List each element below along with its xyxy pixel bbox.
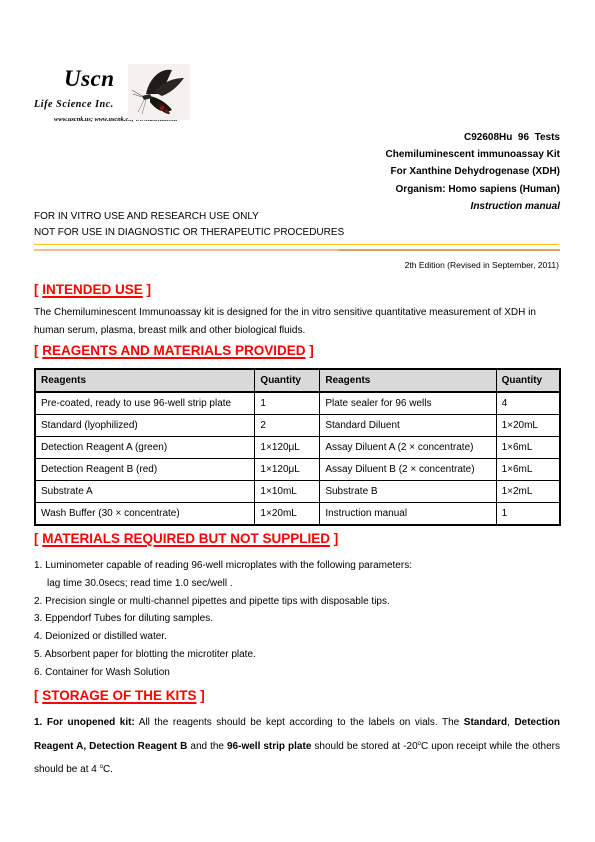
table-cell: 4 — [496, 392, 560, 415]
kit-target: For Xanthine Dehydrogenase (XDH) — [386, 163, 561, 180]
table-cell: 1×6mL — [496, 437, 560, 459]
bracket-open: [ — [34, 531, 42, 546]
kit-header: C92608Hu 96 Tests Chemiluminescent immun… — [386, 129, 561, 215]
storage-paragraph: 1. For unopened kit: All the reagents sh… — [34, 713, 560, 781]
bracket-close: ] — [143, 282, 151, 297]
materials-list: 1. Luminometer capable of reading 96-wel… — [34, 557, 412, 682]
doc-type: Instruction manual — [386, 198, 561, 215]
notice-line-1: FOR IN VITRO USE AND RESEARCH USE ONLY — [34, 209, 344, 225]
list-item: 1. Luminometer capable of reading 96-wel… — [34, 557, 412, 575]
table-row: Detection Reagent B (red) 1×120μL Assay … — [35, 459, 560, 481]
table-row: Detection Reagent A (green) 1×120μL Assa… — [35, 437, 560, 459]
column-header: Reagents — [35, 369, 255, 392]
intended-use-body: The Chemiluminescent Immunoassay kit is … — [34, 304, 536, 339]
storage-label: 1. For unopened kit: — [34, 717, 135, 728]
intended-use-line-1: The Chemiluminescent Immunoassay kit is … — [34, 304, 536, 322]
table-cell: 1×2mL — [496, 481, 560, 503]
table-cell: 1 — [496, 503, 560, 526]
list-item: 4. Deionized or distilled water. — [34, 628, 412, 646]
section-title-storage: [ STORAGE OF THE KITS ] — [34, 688, 205, 703]
table-cell: 1×20mL — [496, 415, 560, 437]
bracket-open: [ — [34, 688, 42, 703]
table-row: Standard (lyophilized) 2 Standard Diluen… — [35, 415, 560, 437]
divider-yellow — [34, 244, 559, 245]
column-header: Reagents — [320, 369, 496, 392]
table-cell: 1×120μL — [255, 437, 320, 459]
section-title-reagents: [ REAGENTS AND MATERIALS PROVIDED ] — [34, 343, 314, 358]
uscn-logo: Uscn Life Science Inc. www.uscnk.us; www… — [30, 62, 220, 130]
column-header: Quantity — [496, 369, 560, 392]
edition-note: 2th Edition (Revised in September, 2011) — [405, 260, 559, 270]
list-item: 2. Precision single or multi-channel pip… — [34, 593, 412, 611]
notice-line-2: NOT FOR USE IN DIAGNOSTIC OR THERAPEUTIC… — [34, 225, 344, 241]
logo-subtitle: Life Science Inc. — [34, 99, 114, 110]
list-item: 6. Container for Wash Solution — [34, 664, 412, 682]
intended-use-line-2: human serum, plasma, breast milk and oth… — [34, 322, 536, 340]
bracket-open: [ — [34, 282, 42, 297]
table-cell: Wash Buffer (30 × concentrate) — [35, 503, 255, 526]
table-cell: Detection Reagent B (red) — [35, 459, 255, 481]
butterfly-icon — [128, 64, 190, 120]
section-title-materials-required: [ MATERIALS REQUIRED BUT NOT SUPPLIED ] — [34, 531, 338, 546]
divider-orange — [34, 249, 560, 251]
table-cell: Standard Diluent — [320, 415, 496, 437]
catalog-number: C92608Hu 96 Tests — [386, 129, 561, 146]
list-item-continuation: lag time 30.0secs; read time 1.0 sec/wel… — [34, 575, 412, 593]
kit-organism: Organism: Homo sapiens (Human) — [386, 181, 561, 198]
table-row: Wash Buffer (30 × concentrate) 1×20mL In… — [35, 503, 560, 526]
table-cell: Substrate A — [35, 481, 255, 503]
storage-bold: Standard — [464, 717, 507, 728]
bracket-open: [ — [34, 343, 42, 358]
table-cell: Instruction manual — [320, 503, 496, 526]
table-cell: 1×20mL — [255, 503, 320, 526]
section-title-text: STORAGE OF THE KITS — [42, 688, 196, 703]
table-cell: 1×120μL — [255, 459, 320, 481]
column-header: Quantity — [255, 369, 320, 392]
table-cell: Assay Diluent B (2 × concentrate) — [320, 459, 496, 481]
bracket-close: ] — [330, 531, 338, 546]
storage-text: and the — [187, 741, 227, 752]
table-row: Substrate A 1×10mL Substrate B 1×2mL — [35, 481, 560, 503]
usage-notice: FOR IN VITRO USE AND RESEARCH USE ONLY N… — [34, 209, 344, 241]
list-item: 5. Absorbent paper for blotting the micr… — [34, 646, 412, 664]
table-cell: 1×6mL — [496, 459, 560, 481]
table-cell: 1×10mL — [255, 481, 320, 503]
table-cell: Plate sealer for 96 wells — [320, 392, 496, 415]
table-cell: 2 — [255, 415, 320, 437]
section-title-text: MATERIALS REQUIRED BUT NOT SUPPLIED — [42, 531, 330, 546]
list-item: 3. Eppendorf Tubes for diluting samples. — [34, 610, 412, 628]
logo-brand: Uscn — [64, 66, 115, 92]
storage-text: All the reagents should be kept accordin… — [135, 717, 464, 728]
table-cell: Detection Reagent A (green) — [35, 437, 255, 459]
table-cell: Pre-coated, ready to use 96-well strip p… — [35, 392, 255, 415]
storage-text: C. — [103, 764, 113, 775]
section-title-intended-use: [ INTENDED USE ] — [34, 282, 151, 297]
table-cell: Assay Diluent A (2 × concentrate) — [320, 437, 496, 459]
storage-bold: 96-well strip plate — [227, 741, 311, 752]
table-cell: 1 — [255, 392, 320, 415]
storage-text: should be stored at -20 — [311, 741, 417, 752]
table-header-row: Reagents Quantity Reagents Quantity — [35, 369, 560, 392]
bracket-close: ] — [306, 343, 314, 358]
bracket-close: ] — [197, 688, 205, 703]
section-title-text: INTENDED USE — [42, 282, 143, 297]
table-cell: Standard (lyophilized) — [35, 415, 255, 437]
kit-type: Chemiluminescent immunoassay Kit — [386, 146, 561, 163]
table-cell: Substrate B — [320, 481, 496, 503]
table-row: Pre-coated, ready to use 96-well strip p… — [35, 392, 560, 415]
reagents-table: Reagents Quantity Reagents Quantity Pre-… — [34, 368, 561, 526]
section-title-text: REAGENTS AND MATERIALS PROVIDED — [42, 343, 305, 358]
